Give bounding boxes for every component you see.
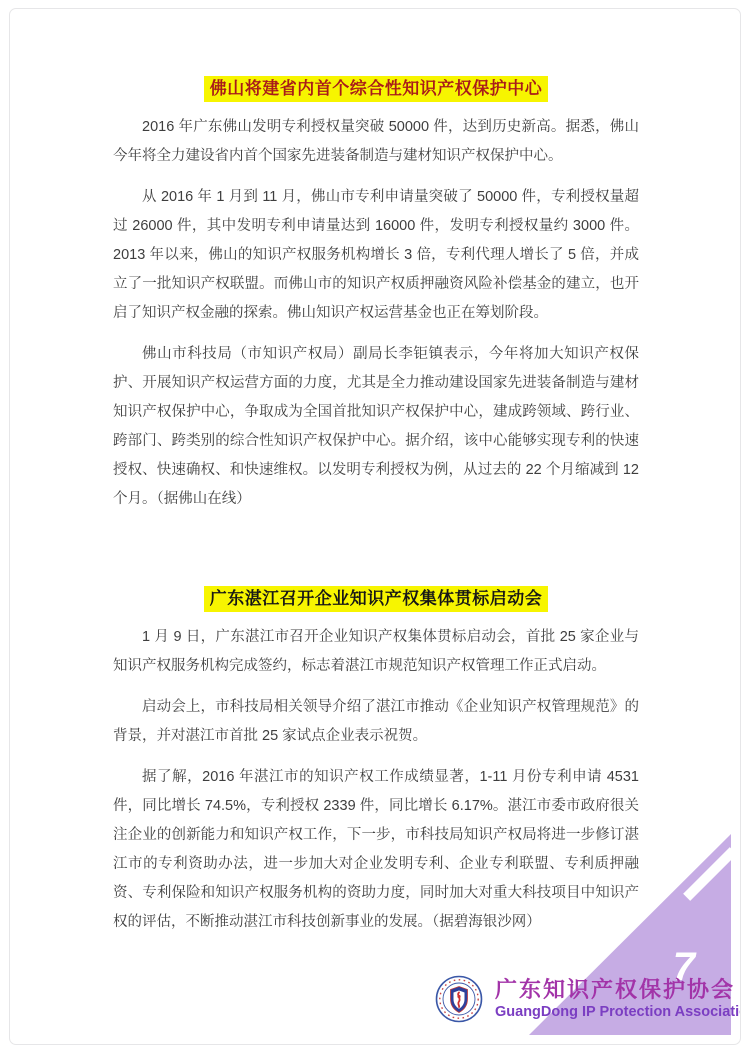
paragraph: 佛山市科技局（市知识产权局）副局长李钜镇表示，今年将加大知识产权保护、开展知识产… <box>113 340 639 514</box>
article-title-row: 佛山将建省内首个综合性知识产权保护中心 <box>113 9 639 102</box>
document-page: 佛山将建省内首个综合性知识产权保护中心 2016 年广东佛山发明专利授权量突破 … <box>9 8 741 1045</box>
paragraph: 从 2016 年 1 月到 11 月，佛山市专利申请量突破了 50000 件，专… <box>113 183 639 328</box>
paragraph: 据了解，2016 年湛江市的知识产权工作成绩显著，1-11 月份专利申请 453… <box>113 763 639 937</box>
paragraph: 启动会上，市科技局相关领导介绍了湛江市推动《企业知识产权管理规范》的背景，并对湛… <box>113 693 639 751</box>
paragraph: 1 月 9 日，广东湛江市召开企业知识产权集体贯标启动会，首批 25 家企业与知… <box>113 623 639 681</box>
article-title-foshan: 佛山将建省内首个综合性知识产权保护中心 <box>204 76 549 102</box>
article-zhanjiang: 广东湛江召开企业知识产权集体贯标启动会 1 月 9 日，广东湛江市召开企业知识产… <box>113 526 639 937</box>
article-foshan: 佛山将建省内首个综合性知识产权保护中心 2016 年广东佛山发明专利授权量突破 … <box>113 9 639 514</box>
article-title-zhanjiang: 广东湛江召开企业知识产权集体贯标启动会 <box>204 586 549 612</box>
paragraph: 2016 年广东佛山发明专利授权量突破 50000 件，达到历史新高。据悉，佛山… <box>113 113 639 171</box>
org-name-english: GuangDong IP Protection Association <box>495 1003 741 1021</box>
footer-brand: 广东知识产权保护协会 GuangDong IP Protection Assoc… <box>435 975 741 1023</box>
org-name-block: 广东知识产权保护协会 GuangDong IP Protection Assoc… <box>495 977 741 1021</box>
gdipa-emblem-icon <box>435 975 483 1023</box>
article-title-row: 广东湛江召开企业知识产权集体贯标启动会 <box>113 526 639 612</box>
org-name-chinese: 广东知识产权保护协会 <box>495 977 741 1003</box>
page-content: 佛山将建省内首个综合性知识产权保护中心 2016 年广东佛山发明专利授权量突破 … <box>113 9 639 937</box>
